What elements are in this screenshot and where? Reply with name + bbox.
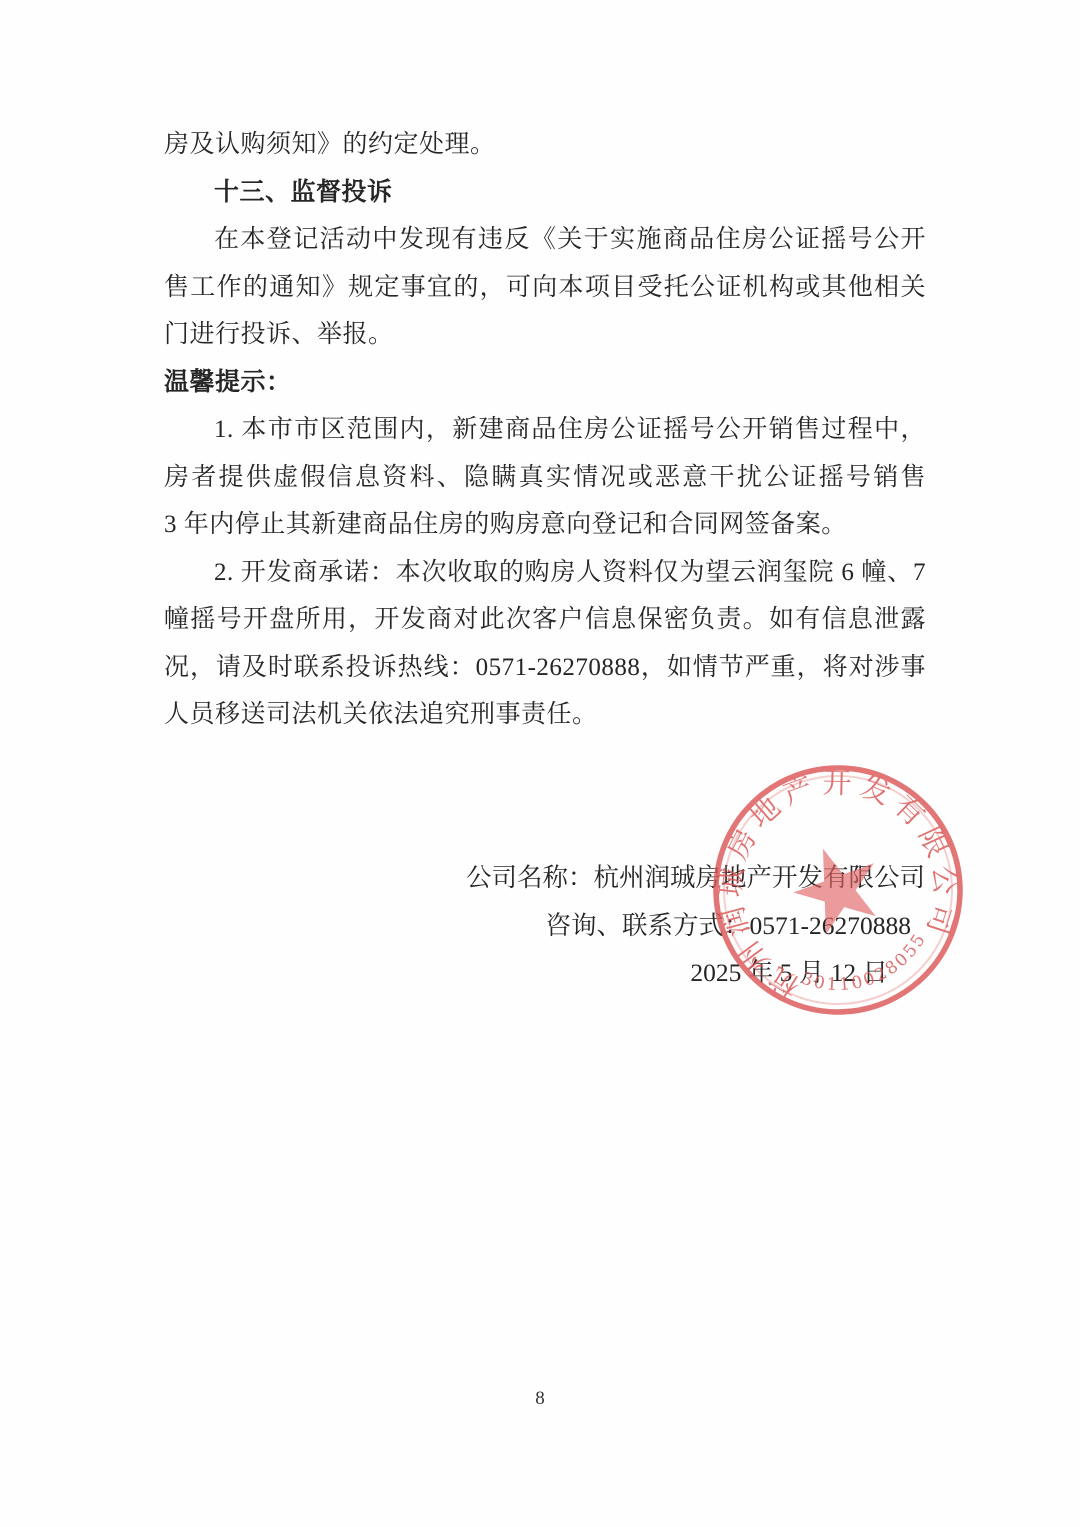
document-line: 3 年内停止其新建商品住房的购房意向登记和合同网签备案。 — [164, 501, 926, 549]
document-body: 房及认购须知》的约定处理。 十三、监督投诉 在本登记活动中发现有违反《关于实施商… — [164, 121, 926, 739]
document-line: 2. 开发商承诺：本次收取的购房人资料仅为望云润玺院 6 幢、7 — [164, 549, 926, 597]
company-name-line: 公司名称：杭州润珹房地产开发有限公司 — [466, 858, 925, 894]
date-line: 2025 年 5 月 12 日 — [690, 953, 888, 989]
document-line: 房者提供虚假信息资料、隐瞒真实情况或恶意干扰公证摇号销售的， — [164, 454, 926, 502]
section-heading: 十三、监督投诉 — [164, 169, 926, 217]
tips-heading: 温馨提示： — [164, 359, 926, 407]
document-line: 况，请及时联系投诉热线：0571-26270888，如情节严重，将对涉事 — [164, 644, 926, 692]
document-line: 在本登记活动中发现有违反《关于实施商品住房公证摇号公开销 — [164, 216, 926, 264]
document-line: 1. 本市市区范围内，新建商品住房公证摇号公开销售过程中，购 — [164, 406, 926, 454]
document-line: 幢摇号开盘所用，开发商对此次客户信息保密负责。如有信息泄露情 — [164, 596, 926, 644]
document-line: 人员移送司法机关依法追究刑事责任。 — [164, 691, 926, 739]
document-line: 售工作的通知》规定事宜的，可向本项目受托公证机构或其他相关部 — [164, 264, 926, 312]
contact-line: 咨询、联系方式：0571-26270888 — [546, 906, 912, 942]
document-line: 房及认购须知》的约定处理。 — [164, 121, 926, 169]
page-number: 8 — [0, 1388, 1080, 1410]
document-page: 房及认购须知》的约定处理。 十三、监督投诉 在本登记活动中发现有违反《关于实施商… — [0, 0, 1080, 1527]
document-line: 门进行投诉、举报。 — [164, 311, 926, 359]
